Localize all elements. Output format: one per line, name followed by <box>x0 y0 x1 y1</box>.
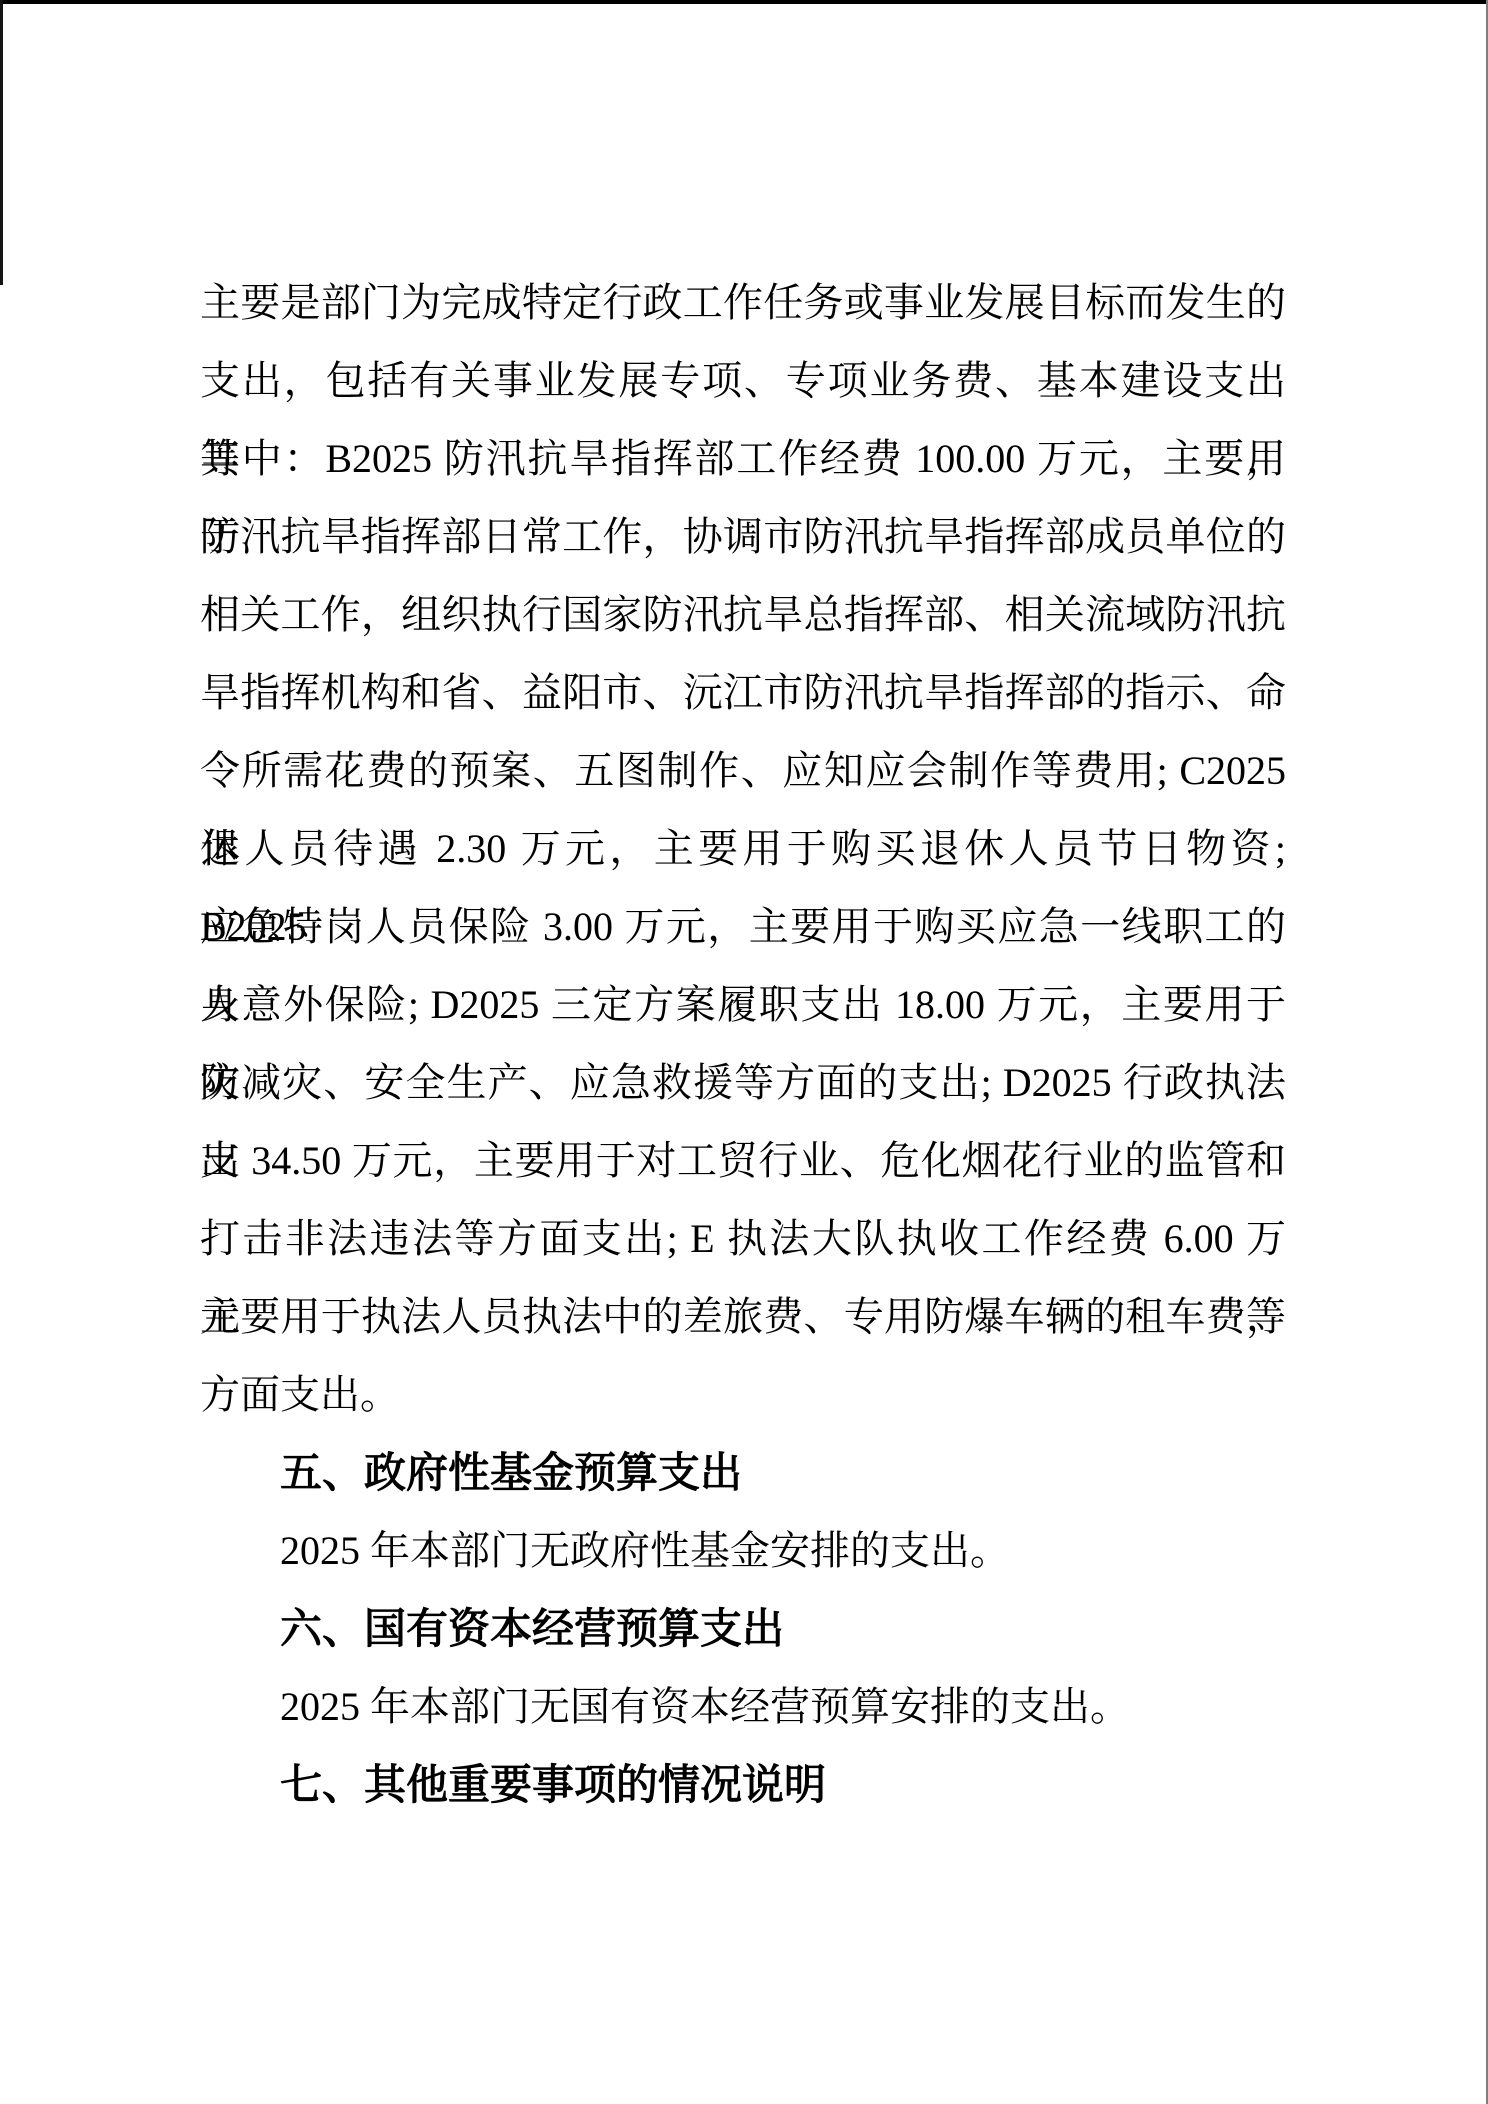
text-line: 2025 年本部门无政府性基金安排的支出。 <box>200 1512 1286 1590</box>
section-heading: 六、国有资本经营预算支出 <box>200 1590 1286 1668</box>
text-line: 出 34.50 万元，主要用于对工贸行业、危化烟花行业的监管和 <box>200 1122 1286 1200</box>
text-line: 休人员待遇 2.30 万元，主要用于购买退休人员节日物资; B2025 <box>200 810 1286 888</box>
section-heading: 五、政府性基金预算支出 <box>200 1434 1286 1512</box>
text-line: 防汛抗旱指挥部日常工作，协调市防汛抗旱指挥部成员单位的 <box>200 498 1286 576</box>
text-line: 令所需花费的预案、五图制作、应知应会制作等费用; C2025 退 <box>200 732 1286 810</box>
page-left-edge <box>0 0 3 285</box>
text-line: 支出，包括有关事业发展专项、专项业务费、基本建设支出等， <box>200 342 1286 420</box>
text-line: 主要是部门为完成特定行政工作任务或事业发展目标而发生的 <box>200 264 1286 342</box>
text-line: 方面支出。 <box>200 1356 1286 1434</box>
text-line: 相关工作，组织执行国家防汛抗旱总指挥部、相关流域防汛抗 <box>200 576 1286 654</box>
section-heading: 七、其他重要事项的情况说明 <box>200 1746 1286 1824</box>
text-line: 打击非法违法等方面支出; E 执法大队执收工作经费 6.00 万元， <box>200 1200 1286 1278</box>
text-line: 身意外保险; D2025 三定方案履职支出 18.00 万元，主要用于防 <box>200 966 1286 1044</box>
document-page: { "document": { "background": "#ffffff",… <box>0 0 1488 2104</box>
text-line: 应急特岗人员保险 3.00 万元，主要用于购买应急一线职工的人 <box>200 888 1286 966</box>
document-body: 主要是部门为完成特定行政工作任务或事业发展目标而发生的支出，包括有关事业发展专项… <box>200 264 1286 1824</box>
text-line: 旱指挥机构和省、益阳市、沅江市防汛抗旱指挥部的指示、命 <box>200 654 1286 732</box>
page-top-edge <box>0 0 1488 4</box>
text-line: 2025 年本部门无国有资本经营预算安排的支出。 <box>200 1668 1286 1746</box>
text-line: 其中：B2025 防汛抗旱指挥部工作经费 100.00 万元，主要用于 <box>200 420 1286 498</box>
text-line: 主要用于执法人员执法中的差旅费、专用防爆车辆的租车费等 <box>200 1278 1286 1356</box>
text-line: 灾减灾、安全生产、应急救援等方面的支出; D2025 行政执法支 <box>200 1044 1286 1122</box>
